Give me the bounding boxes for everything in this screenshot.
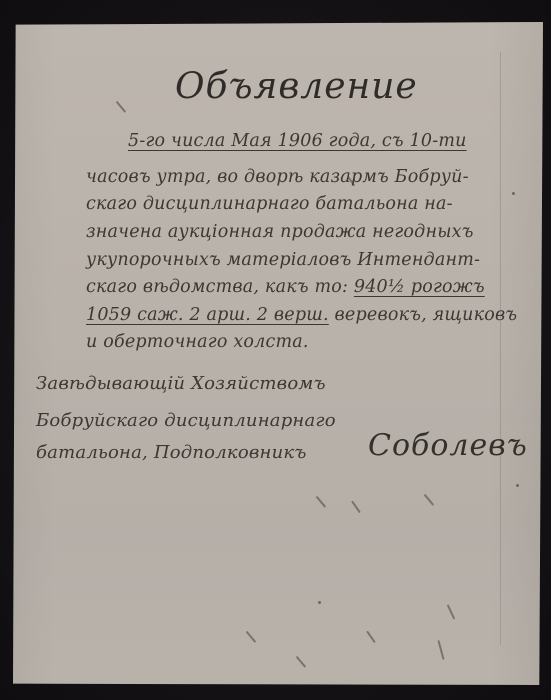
quantity-rope-text: 1059 саж. 2 арш. 2 верш. <box>86 305 329 325</box>
body-text: и оберточнаго холста. <box>86 332 309 352</box>
body-line-1: 5-го числа Мая 1906 года, съ 10-ти <box>128 131 467 151</box>
body-line-3: скаго дисциплинарнаго батальона на- <box>86 194 453 214</box>
ink-spot <box>516 484 519 487</box>
body-line-2: часовъ утра, во дворѣ казармъ Бобруй- <box>86 167 469 187</box>
body-text: часовъ утра, во дворѣ казармъ Бобруй- <box>86 167 469 187</box>
signatory-title-line-3: батальона, Подполковникъ <box>36 442 307 463</box>
ink-spot <box>512 192 515 195</box>
body-text: скаго вѣдомства, какъ то: <box>86 277 354 297</box>
document-title: Объявление <box>175 66 418 107</box>
date-time-text: 5-го числа Мая 1906 года, съ 10-ти <box>128 131 467 151</box>
body-line-4: значена аукціонная продажа негодныхъ <box>86 222 474 242</box>
body-text: значена аукціонная продажа негодныхъ <box>86 222 474 242</box>
body-text: веревокъ, ящиковъ <box>329 305 517 325</box>
paper-fold-line <box>500 52 501 645</box>
signatory-title-line-1: Завѣдывающій Хозяйствомъ <box>36 373 326 394</box>
body-line-7: 1059 саж. 2 арш. 2 верш. веревокъ, ящико… <box>86 305 517 325</box>
body-line-8: и оберточнаго холста. <box>86 332 309 352</box>
document-sheet <box>13 22 543 685</box>
body-text: скаго дисциплинарнаго батальона на- <box>86 194 453 214</box>
body-text: укупорочныхъ матеріаловъ Интендант- <box>86 250 480 270</box>
ink-spot <box>318 601 321 604</box>
signatory-title-line-2: Бобруйскаго дисциплинарнаго <box>36 410 336 431</box>
body-line-6: скаго вѣдомства, какъ то: 940½ рогожъ <box>86 277 485 297</box>
body-line-5: укупорочныхъ матеріаловъ Интендант- <box>86 250 480 270</box>
handwritten-signature: Соболевъ <box>368 428 528 463</box>
quantity-mats-text: 940½ рогожъ <box>354 277 485 297</box>
